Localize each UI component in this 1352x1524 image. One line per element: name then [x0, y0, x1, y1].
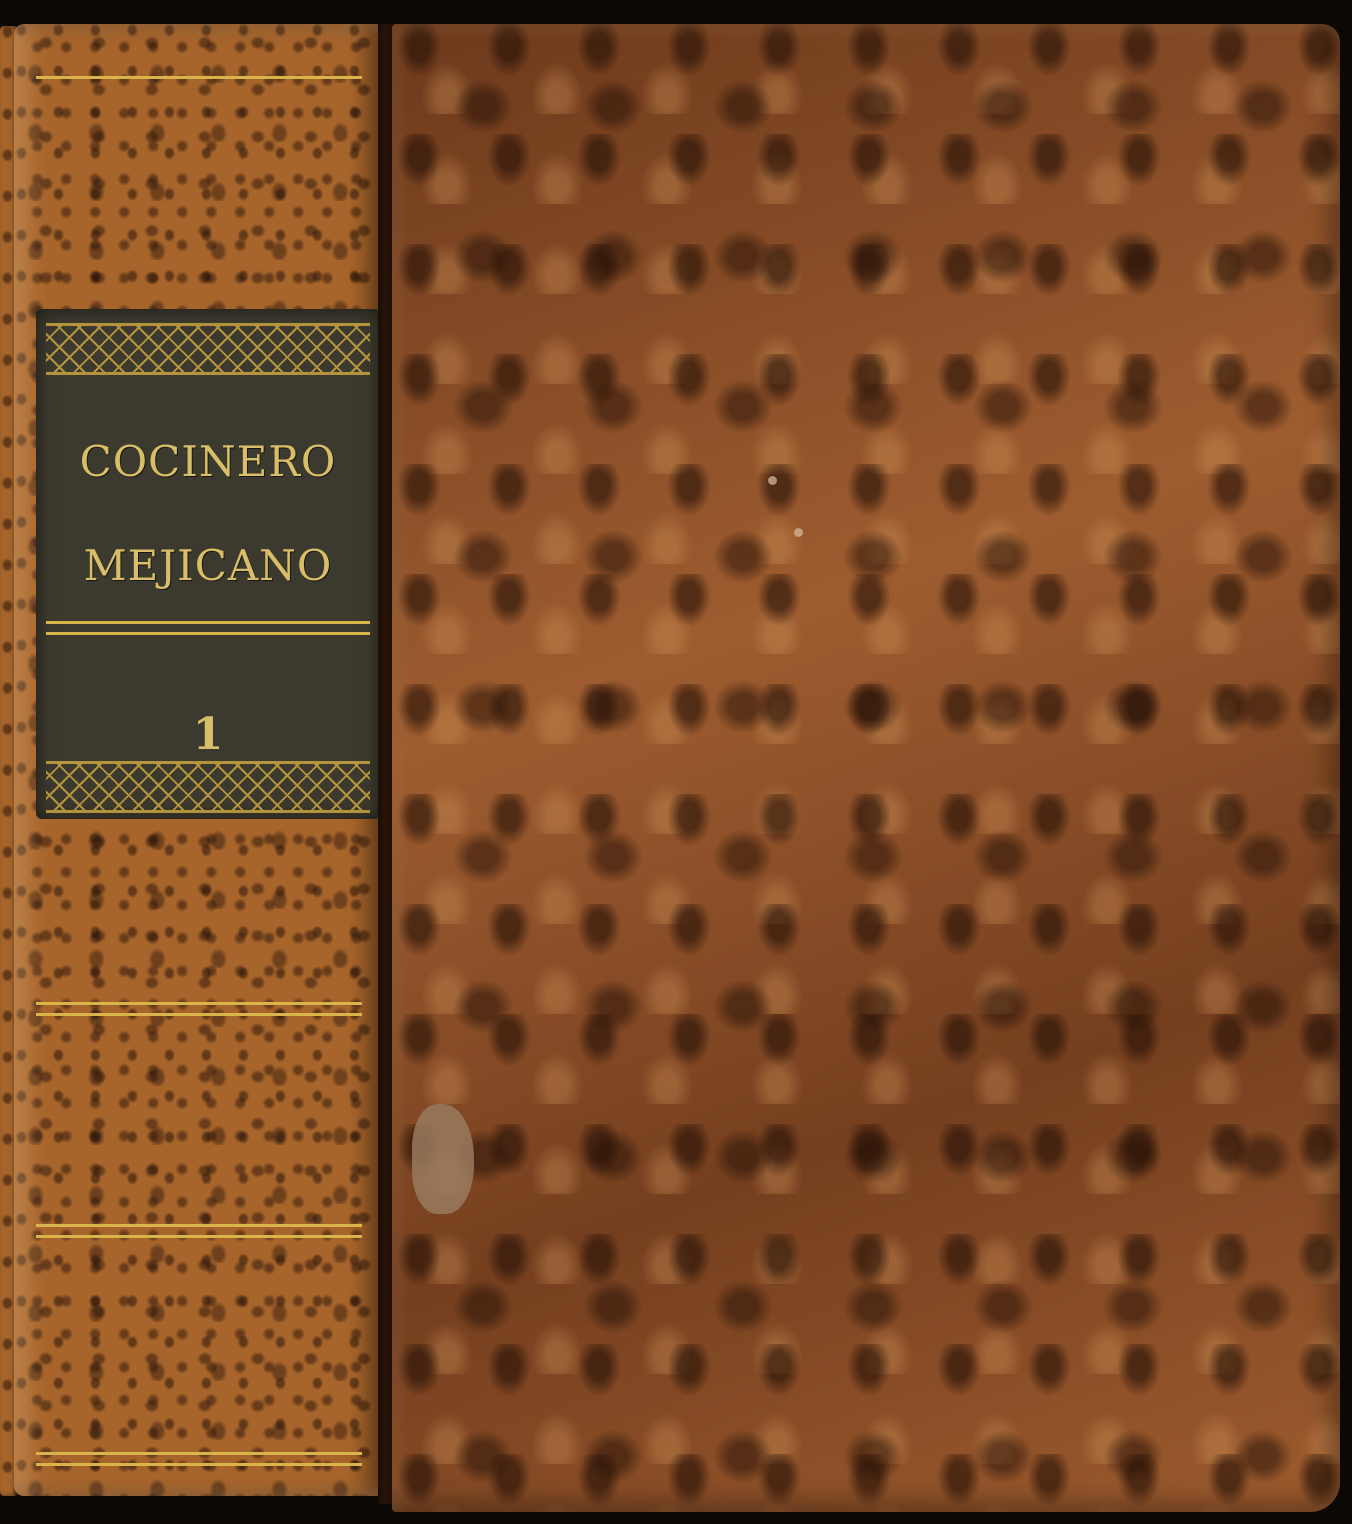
title-line-1: COCINERO	[36, 437, 380, 486]
worn-leather-patch	[412, 1104, 474, 1214]
gilt-rule-label	[46, 621, 370, 635]
ornament-band-bottom-icon	[46, 761, 370, 813]
gilt-rule-lower	[36, 1224, 362, 1238]
spine-title-label: COCINERO MEJICANO 1	[36, 309, 380, 819]
volume-number: 1	[36, 709, 380, 760]
front-cover	[392, 24, 1340, 1512]
pin-hole	[768, 476, 777, 485]
ornament-band-top-icon	[46, 323, 370, 375]
gilt-rule-bottom	[36, 1452, 362, 1466]
pin-hole	[794, 528, 803, 537]
title-line-2: MEJICANO	[36, 541, 380, 590]
book-spine: COCINERO MEJICANO 1	[14, 24, 384, 1496]
gilt-rule-middle	[36, 1002, 362, 1016]
gilt-rule-top	[36, 76, 362, 90]
